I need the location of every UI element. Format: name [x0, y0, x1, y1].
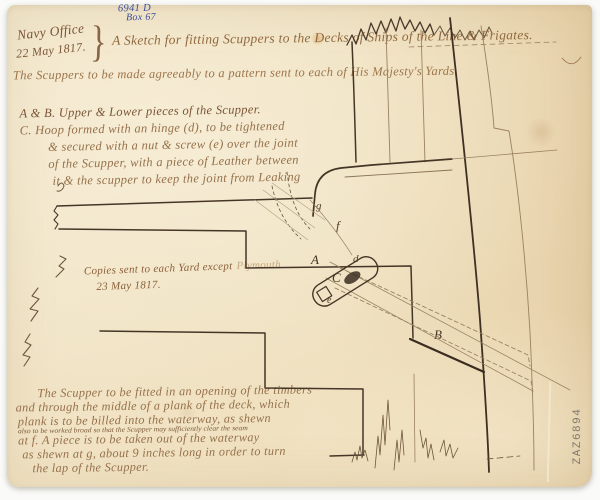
- body-paragraph: The Scupper to be fitted in an opening o…: [15, 381, 376, 481]
- archive-annotation: 6941 D Box 67: [118, 3, 156, 24]
- label-B: B: [434, 327, 442, 343]
- label-C: C: [332, 270, 341, 286]
- label-f: f: [336, 218, 340, 234]
- museum-stamp: ZAZ6894: [572, 396, 584, 476]
- note-yard-name: Plymouth: [236, 259, 281, 273]
- label-e: e: [327, 295, 331, 306]
- label-d: d: [353, 253, 359, 265]
- navy-office-block: Navy Office 22 May 1817.: [16, 21, 87, 62]
- scanned-manuscript-page: { "page": { "marks": { "catalog": "6941 …: [0, 0, 600, 500]
- label-g: g: [316, 200, 322, 212]
- legend-block: A & B. Upper & Lower pieces of the Scupp…: [19, 102, 300, 190]
- note-text: Copies sent to each Yard except: [84, 260, 233, 277]
- label-A: A: [311, 252, 319, 268]
- brace-glyph: }: [90, 16, 107, 68]
- box-number: Box 67: [126, 12, 156, 24]
- body-line-6: the lap of the Scupper.: [32, 460, 149, 477]
- body-line-5: as shewn at g, about 9 inches long in or…: [22, 444, 286, 463]
